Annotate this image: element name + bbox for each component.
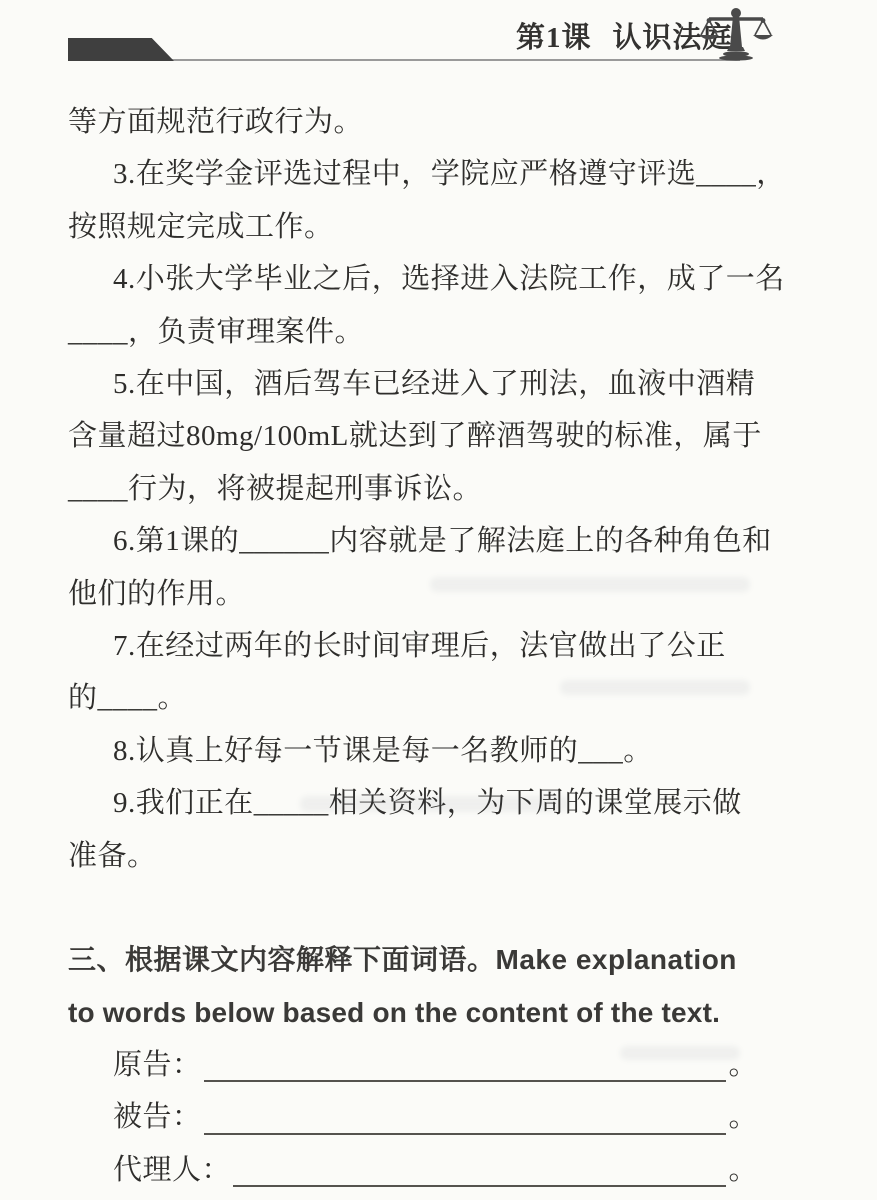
body-line: 含量超过80mg/100mL就达到了醉酒驾驶的标准，属于	[68, 410, 758, 462]
sentence-period: 。	[728, 1091, 758, 1143]
body-line: ____行为，将被提起刑事诉讼。	[68, 463, 758, 515]
answer-blank-line	[204, 1133, 727, 1135]
body-line: 6.第1课的______内容就是了解法庭上的各种角色和	[68, 515, 758, 567]
body-line: 9.我们正在_____相关资料，为下周的课堂展示做	[68, 777, 758, 829]
sentence-period: 。	[728, 1039, 758, 1091]
body-line: 的____。	[68, 672, 758, 724]
body-line: 5.在中国，酒后驾车已经进入了刑法，血液中酒精	[68, 358, 758, 410]
body-line: 他们的作用。	[68, 568, 758, 620]
body-line: 3.在奖学金评选过程中，学院应严格遵守评选____，	[68, 148, 758, 200]
sentence-period: 。	[728, 1144, 758, 1196]
exercise-body: 等方面规范行政行为。 3.在奖学金评选过程中，学院应严格遵守评选____， 按照…	[68, 96, 758, 1196]
section-three: 三、根据课文内容解释下面词语。Make explanation to words…	[68, 934, 758, 1039]
body-line: ____，负责审理案件。	[68, 306, 758, 358]
answer-blank-line	[204, 1080, 727, 1082]
definition-term: 代理人：	[113, 1144, 231, 1196]
definition-row-agent: 代理人： 。	[68, 1144, 758, 1196]
body-line: 准备。	[68, 830, 758, 882]
body-line: 按照规定完成工作。	[68, 201, 758, 253]
definition-term: 被告：	[113, 1091, 202, 1143]
definition-row-plaintiff: 原告： 。	[68, 1039, 758, 1091]
definition-row-defendant: 被告： 。	[68, 1091, 758, 1143]
lesson-number: 第1课	[516, 22, 592, 55]
body-line: 等方面规范行政行为。	[68, 96, 758, 148]
answer-blank-line	[233, 1185, 726, 1187]
corner-tab-decoration	[68, 38, 174, 61]
body-line: 8.认真上好每一节课是每一名教师的___。	[68, 725, 758, 777]
scales-of-justice-icon	[698, 6, 774, 67]
section-three-heading-cn: 三、根据课文内容解释下面词语。Make explanation	[68, 934, 758, 986]
body-line: 4.小张大学毕业之后，选择进入法院工作，成了一名	[68, 253, 758, 305]
definition-term: 原告：	[113, 1039, 202, 1091]
body-line: 7.在经过两年的长时间审理后，法官做出了公正	[68, 620, 758, 672]
section-three-heading-en: to words below based on the content of t…	[68, 987, 758, 1039]
